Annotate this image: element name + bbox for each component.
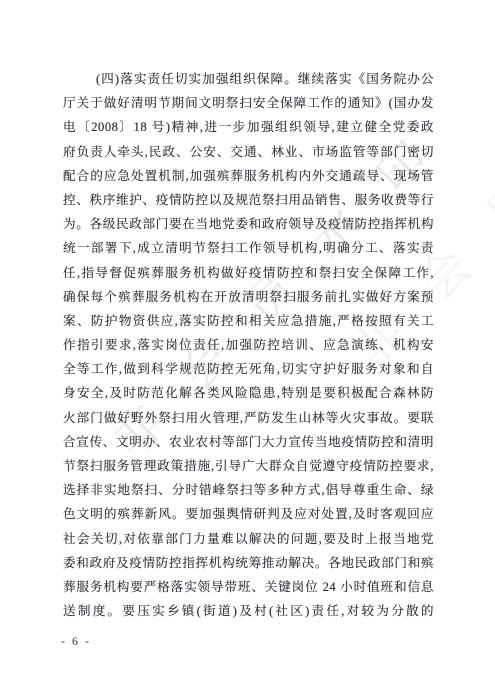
- text-line: 任,指导督促殡葬服务机构做好疫情防控和祭扫安全保障工作,: [63, 261, 434, 285]
- text-line: 合宣传、文明办、农业农村等部门大力宣传当地疫情防控和清明: [63, 430, 434, 454]
- text-line: 作指引要求,落实岗位责任,加强防控培训、应急演练、机构安: [63, 333, 434, 357]
- text-line: 社会关切,对依靠部门力量难以解决的问题,要及时上报当地党: [63, 527, 434, 551]
- text-line: 火部门做好野外祭扫用火管理,严防发生山林等火灾事故。要联: [63, 406, 434, 430]
- text-line: 配合的应急处置机制,加强殡葬服务机构内外交通疏导、现场管: [63, 164, 434, 188]
- text-line: 厅关于做好清明节期间文明祭扫安全保障工作的通知》(国办发明: [63, 91, 434, 115]
- document-page: 非会员水印 非会员水印 (四)落实责任切实加强组织保障。继续落实《国务院办公厅关…: [0, 0, 495, 700]
- text-line: 控、秩序维护、疫情防控以及规范祭扫用品销售、服务收费等行: [63, 188, 434, 212]
- text-line: 为。各级民政部门要在当地党委和政府领导及疫情防控指挥机构: [63, 212, 434, 236]
- text-line: 节祭扫服务管理政策措施,引导广大群众自觉遵守疫情防控要求,: [63, 454, 434, 478]
- text-line: 确保每个殡葬服务机构在开放清明祭扫服务前扎实做好方案预: [63, 285, 434, 309]
- text-line: 送制度。要压实乡镇(街道)及村(社区)责任,对较为分散的: [63, 599, 434, 623]
- text-line: 统一部署下,成立清明节祭扫工作领导机构,明确分工、落实责: [63, 236, 434, 260]
- text-line: 葬服务机构要严格落实领导带班、关键岗位 24 小时值班和信息报: [63, 575, 434, 599]
- text-line: 案、防护物资供应,落实防控和相关应急措施,严格按照有关工: [63, 309, 434, 333]
- text-line: (四)落实责任切实加强组织保障。继续落实《国务院办公: [63, 67, 434, 91]
- text-line: 电〔2008〕18 号)精神,进一步加强组织领导,建立健全党委政: [63, 115, 434, 139]
- body-text: (四)落实责任切实加强组织保障。继续落实《国务院办公厅关于做好清明节期间文明祭扫…: [63, 67, 434, 623]
- text-line: 委和政府及疫情防控指挥机构统筹推动解决。各地民政部门和殡: [63, 551, 434, 575]
- text-line: 选择非实地祭扫、分时错峰祭扫等多种方式,倡导尊重生命、绿: [63, 478, 434, 502]
- text-line: 全等工作,做到科学规范防控无死角,切实守护好服务对象和自: [63, 357, 434, 381]
- text-line: 色文明的殡葬新风。要加强舆情研判及应对处置,及时客观回应: [63, 502, 434, 526]
- page-number: - 6 -: [61, 634, 91, 649]
- text-line: 府负责人牵头,民政、公安、交通、林业、市场监管等部门密切: [63, 140, 434, 164]
- text-line: 身安全,及时防范化解各类风险隐患,特别是要积极配合森林防: [63, 381, 434, 405]
